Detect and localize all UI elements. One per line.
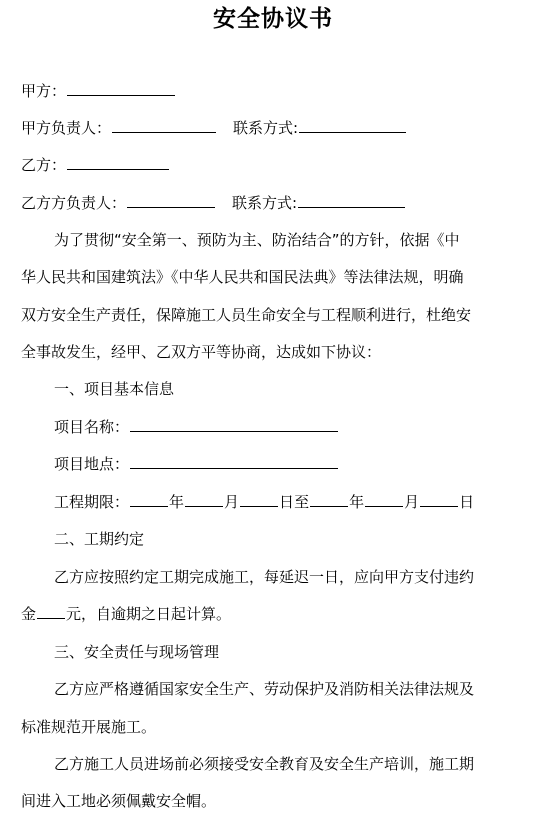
project-location-blank[interactable] [130, 454, 338, 469]
party-b-contact-blank[interactable] [298, 193, 405, 208]
party-b-blank[interactable] [67, 155, 169, 170]
party-a-rep-blank[interactable] [112, 118, 216, 133]
section-3-para-2-line-1: 乙方施工人员进场前必须接受安全教育及安全生产培训，施工期 [54, 754, 474, 774]
penalty-prefix: 金 [21, 605, 36, 623]
end-day-blank[interactable] [420, 492, 458, 507]
section-2-heading: 二、工期约定 [54, 529, 144, 549]
duration-label: 工程期限： [54, 493, 129, 511]
month-label: 月 [224, 493, 239, 511]
party-b-rep-label: 乙方方负责人： [21, 194, 126, 212]
party-b-contact-label: 联系方式: [232, 194, 297, 212]
section-1-heading: 一、项目基本信息 [54, 379, 174, 399]
party-b-label: 乙方： [21, 156, 66, 174]
project-name-blank[interactable] [130, 417, 338, 432]
year-label: 年 [349, 493, 364, 511]
end-month-blank[interactable] [365, 492, 403, 507]
section-3-para-2-line-2: 间进入工地必须佩戴安全帽。 [21, 791, 216, 811]
section-3-para-1-line-1: 乙方应严格遵循国家安全生产、劳动保护及消防相关法律法规及 [54, 679, 474, 699]
preamble-line-3: 双方安全生产责任，保障施工人员生命安全与工程顺利进行，杜绝安 [21, 305, 471, 325]
penalty-amount-blank[interactable] [37, 604, 65, 619]
month-label: 月 [404, 493, 419, 511]
to-label: 至 [294, 493, 309, 511]
preamble-line-2: 华人民共和国建筑法》《中华人民共和国民法典》等法律法规，明确 [21, 267, 464, 287]
start-day-blank[interactable] [240, 492, 278, 507]
section-3-heading: 三、安全责任与现场管理 [54, 642, 219, 662]
preamble-line-1: 为了贯彻“安全第一、预防为主、防治结合”的方针，依据《中 [54, 230, 460, 250]
party-a-rep-label: 甲方负责人： [21, 119, 111, 137]
preamble-line-4: 全事故发生，经甲、乙双方平等协商，达成如下协议： [21, 342, 381, 362]
day-label: 日 [459, 493, 474, 511]
section-2-para-line-2: 金元，自逾期之日起计算。 [21, 604, 231, 624]
project-name-line: 项目名称： [54, 417, 339, 437]
project-location-line: 项目地点： [54, 454, 339, 474]
document-title: 安全协议书 [0, 2, 546, 36]
year-label: 年 [169, 493, 184, 511]
start-month-blank[interactable] [185, 492, 223, 507]
day-label: 日 [279, 493, 294, 511]
project-name-label: 项目名称： [54, 418, 129, 436]
party-a-label: 甲方： [21, 82, 66, 100]
party-a-line: 甲方： [21, 81, 176, 101]
party-a-contact-label: 联系方式: [233, 119, 298, 137]
party-b-rep-blank[interactable] [127, 193, 215, 208]
section-2-para-line-1: 乙方应按照约定工期完成施工，每延迟一日，应向甲方支付违约 [54, 567, 474, 587]
end-year-blank[interactable] [310, 492, 348, 507]
section-3-para-1-line-2: 标准规范开展施工。 [21, 717, 156, 737]
party-b-rep-line: 乙方方负责人：联系方式: [21, 193, 406, 213]
party-a-blank[interactable] [67, 81, 175, 96]
party-a-rep-line: 甲方负责人：联系方式: [21, 118, 407, 138]
duration-line: 工程期限：年月日至年月日 [54, 492, 474, 512]
party-b-line: 乙方： [21, 155, 170, 175]
project-location-label: 项目地点： [54, 455, 129, 473]
start-year-blank[interactable] [130, 492, 168, 507]
party-a-contact-blank[interactable] [299, 118, 406, 133]
penalty-suffix: 元，自逾期之日起计算。 [66, 605, 231, 623]
